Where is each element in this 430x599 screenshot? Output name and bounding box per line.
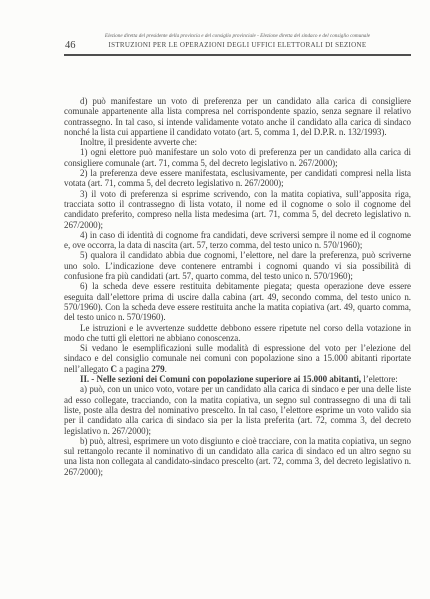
paragraph: 3) il voto di preferenza si esprime scri… [64, 189, 411, 230]
header-rule [64, 54, 411, 56]
paragraph: d) può manifestare un voto di preferenza… [64, 96, 411, 137]
text-run: 5) qualora il candidato abbia due cognom… [64, 250, 411, 281]
paragraph: Inoltre, il presidente avverte che: [64, 137, 411, 147]
text-run: 2) la preferenza deve essere manifestata… [64, 168, 411, 188]
text-run: . [165, 364, 167, 374]
paragraph: Le istruzioni e le avvertenze suddette d… [64, 323, 411, 344]
page-number: 46 [65, 40, 76, 51]
paragraph: Si vedano le esemplificazioni sulle moda… [64, 343, 411, 374]
paragraph: II. - Nelle sezioni dei Comuni con popol… [64, 374, 411, 384]
text-run-bold: 279 [151, 364, 164, 374]
text-run: l’elettore: [363, 374, 397, 384]
paragraph: a) può, con un unico voto, votare per un… [64, 384, 411, 435]
paragraph: 1) ogni elettore può manifestare un solo… [64, 147, 411, 168]
paragraph: 5) qualora il candidato abbia due cognom… [64, 250, 411, 281]
paragraph: 2) la preferenza deve essere manifestata… [64, 168, 411, 189]
running-head-text: Elezione diretta del presidente della pr… [64, 33, 411, 50]
text-run: 6) la scheda deve essere restituita debi… [64, 281, 411, 322]
document-page: 46 Elezione diretta del presidente della… [0, 0, 430, 599]
paragraph: 6) la scheda deve essere restituita debi… [64, 281, 411, 322]
running-head-line1: Elezione diretta del presidente della pr… [102, 33, 373, 39]
body-text: d) può manifestare un voto di preferenza… [64, 96, 411, 477]
text-run: a pagina [117, 364, 151, 374]
text-run: Inoltre, il presidente avverte che: [80, 137, 197, 147]
text-run: a) può, con un unico voto, votare per un… [64, 384, 411, 435]
text-run: d) può manifestare un voto di preferenza… [64, 96, 411, 137]
running-head-line2: ISTRUZIONI PER LE OPERAZIONI DEGLI UFFIC… [90, 41, 385, 50]
paragraph: 4) in caso di identità di cognome fra ca… [64, 230, 411, 251]
text-run: 1) ogni elettore può manifestare un solo… [64, 147, 411, 167]
text-run: 3) il voto di preferenza si esprime scri… [64, 189, 411, 230]
paragraph: b) può, altresì, esprimere un voto disgi… [64, 436, 411, 477]
text-run: b) può, altresì, esprimere un voto disgi… [64, 436, 411, 477]
running-head: 46 Elezione diretta del presidente della… [64, 33, 411, 50]
text-run-bold: II. - Nelle sezioni dei Comuni con popol… [80, 374, 363, 384]
page-header: 46 Elezione diretta del presidente della… [64, 33, 411, 64]
text-run: 4) in caso di identità di cognome fra ca… [64, 230, 411, 250]
text-run: Le istruzioni e le avvertenze suddette d… [64, 323, 411, 343]
